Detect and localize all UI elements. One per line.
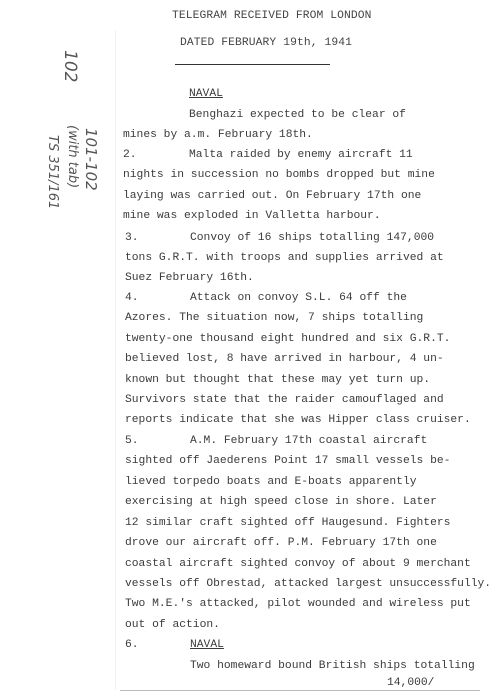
text-line: Two homeward bound British ships totalli… xyxy=(190,660,475,672)
text-line: out of action. xyxy=(125,619,220,631)
text-line: tons G.R.T. with troops and supplies arr… xyxy=(125,252,444,264)
paragraph-number: 6. xyxy=(125,639,139,651)
text-line: Suez February 16th. xyxy=(125,272,254,284)
text-line: Survivors state that the raider camoufla… xyxy=(125,394,444,406)
section-heading-naval-2: NAVAL xyxy=(190,639,224,651)
text-line: Two M.E.'s attacked, pilot wounded and w… xyxy=(125,598,471,610)
handwritten-ref-1: 101-102 xyxy=(82,128,100,191)
text-line: Benghazi expected to be clear of xyxy=(189,109,406,121)
continuation-text: 14,000/ xyxy=(387,677,434,689)
text-line: twenty-one thousand eight hundred and si… xyxy=(125,333,450,345)
paragraph-number: 4. xyxy=(125,292,139,304)
text-line: mine was exploded in Valletta harbour. xyxy=(123,210,381,222)
telegram-page: TELEGRAM RECEIVED FROM LONDON DATED FEBR… xyxy=(0,0,500,697)
section-heading-naval: NAVAL xyxy=(189,88,223,100)
handwritten-ref-3: TS 351/161 xyxy=(45,135,60,209)
text-line: A.M. February 17th coastal aircraft xyxy=(190,435,427,447)
text-line: drove our aircraft off. P.M. February 17… xyxy=(125,537,437,549)
paragraph-number: 3. xyxy=(125,232,139,244)
header-underline xyxy=(175,64,330,65)
text-line: vessels off Obrestad, attacked largest u… xyxy=(125,578,491,590)
telegram-date: DATED FEBRUARY 19th, 1941 xyxy=(180,37,352,49)
handwritten-page-number: 102 xyxy=(60,50,80,82)
text-line: mines by a.m. February 18th. xyxy=(123,129,313,141)
paragraph-number: 5. xyxy=(125,435,139,447)
text-line: laying was carried out. On February 17th… xyxy=(123,190,421,202)
text-line: Malta raided by enemy aircraft 11 xyxy=(189,149,413,161)
text-line: exercising at high speed close in shore.… xyxy=(125,496,437,508)
text-line: Attack on convoy S.L. 64 off the xyxy=(190,292,407,304)
text-line: sighted off Jaederens Point 17 small ves… xyxy=(125,455,450,467)
text-line: believed lost, 8 have arrived in harbour… xyxy=(125,353,444,365)
page-bottom-edge xyxy=(120,690,480,691)
text-line: coastal aircraft sighted convoy of about… xyxy=(125,558,471,570)
text-line: known but thought that these may yet tur… xyxy=(125,374,430,386)
text-line: Convoy of 16 ships totalling 147,000 xyxy=(190,232,434,244)
text-line: Azores. The situation now, 7 ships total… xyxy=(125,312,423,324)
text-line: nights in succession no bombs dropped bu… xyxy=(123,169,435,181)
text-line: reports indicate that she was Hipper cla… xyxy=(125,414,471,426)
handwritten-ref-2: (with tab) xyxy=(65,125,80,188)
text-line: 12 similar craft sighted off Haugesund. … xyxy=(125,517,450,529)
text-line: lieved torpedo boats and E-boats apparen… xyxy=(125,476,417,488)
paragraph-number: 2. xyxy=(123,149,137,161)
telegram-title: TELEGRAM RECEIVED FROM LONDON xyxy=(172,10,372,22)
margin-line xyxy=(115,30,116,690)
